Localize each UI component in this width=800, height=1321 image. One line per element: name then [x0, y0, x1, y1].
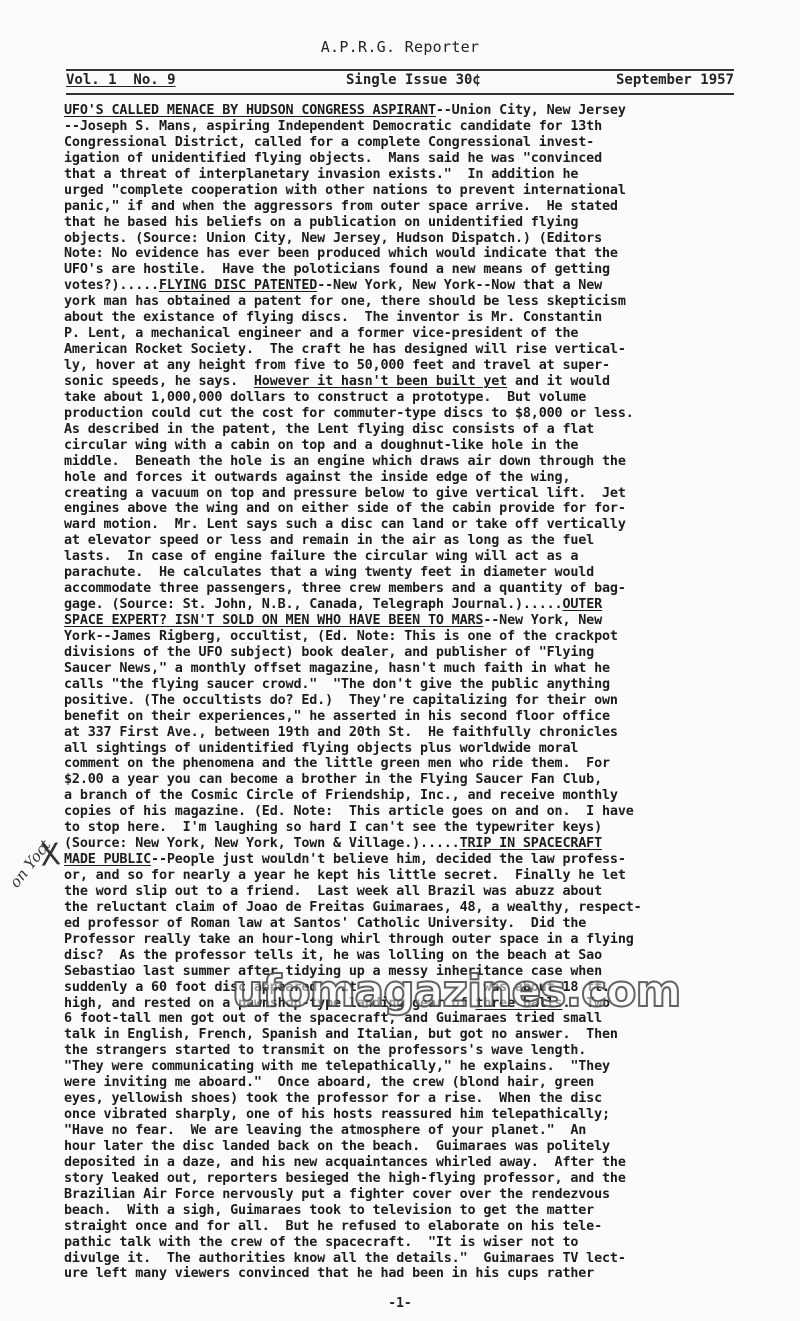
text-run: sonic speeds, he says.: [64, 374, 254, 389]
text-run: york man has obtained a patent for one, …: [64, 294, 626, 309]
header-rule-bottom: [66, 93, 734, 95]
article-line: panic," if and when the aggressors from …: [64, 199, 764, 215]
text-run: disc? As the professor tells it, he was …: [64, 948, 602, 963]
text-run: Brazilian Air Force nervously put a figh…: [64, 1187, 610, 1202]
text-run: objects. (Source: Union City, New Jersey…: [64, 231, 602, 246]
article-line: Brazilian Air Force nervously put a figh…: [64, 1187, 764, 1203]
article-body: UFO'S CALLED MENACE BY HUDSON CONGRESS A…: [64, 103, 764, 1282]
article-line: talk in English, French, Spanish and Ita…: [64, 1027, 764, 1043]
article-line: all sightings of unidentified flying obj…: [64, 741, 764, 757]
text-run: ed professor of Roman law at Santos' Cat…: [64, 916, 586, 931]
text-run: story leaked out, reporters besieged the…: [64, 1171, 626, 1186]
text-run: the reluctant claim of Joao de Freitas G…: [64, 900, 642, 915]
article-line: accommodate three passengers, three crew…: [64, 581, 764, 597]
text-run: divulge it. The authorities know all the…: [64, 1251, 626, 1266]
article-line: that he based his beliefs on a publicati…: [64, 215, 764, 231]
text-run: UFO's are hostile. Have the poloticians …: [64, 262, 610, 277]
text-run: hole and forces it outwards against the …: [64, 470, 570, 485]
headline: FLYING DISC PATENTED: [159, 278, 317, 293]
article-line: the word slip out to a friend. Last week…: [64, 884, 764, 900]
article-line: suddenly a 60 foot disc appeared. It was…: [64, 980, 764, 996]
article-line: straight once and for all. But he refuse…: [64, 1219, 764, 1235]
volume-number: Vol. 1 No. 9: [66, 72, 176, 88]
article-line: lasts. In case of engine failure the cir…: [64, 549, 764, 565]
text-run: about the existance of flying discs. The…: [64, 310, 602, 325]
text-run: to stop here. I'm laughing so hard I can…: [64, 820, 602, 835]
article-line: take about 1,000,000 dollars to construc…: [64, 390, 764, 406]
article-line: ed professor of Roman law at Santos' Cat…: [64, 916, 764, 932]
masthead-title: A.P.R.G. Reporter: [0, 38, 800, 56]
text-run: high, and rested on a pawnshop-type land…: [64, 996, 475, 1011]
text-run: gage. (Source: St. John, N.B., Canada, T…: [64, 597, 562, 612]
article-line: ly, hover at any height from five to 50,…: [64, 358, 764, 374]
text-run: talk in English, French, Spanish and Ita…: [64, 1027, 618, 1042]
article-line: calls "the flying saucer crowd." "The do…: [64, 677, 764, 693]
article-line: sonic speeds, he says. However it hasn't…: [64, 374, 764, 390]
headline: MADE PUBLIC: [64, 852, 151, 867]
headline: three balls: [475, 996, 562, 1011]
text-run: eyes, yellowish shoes) took the professo…: [64, 1091, 602, 1106]
text-run: that he based his beliefs on a publicati…: [64, 215, 578, 230]
article-line: 6 foot-tall men got out of the spacecraf…: [64, 1011, 764, 1027]
header-rule-top: [66, 69, 734, 71]
text-run: --New York, New York--Now that a New: [317, 278, 602, 293]
text-run: take about 1,000,000 dollars to construc…: [64, 390, 586, 405]
article-line: the reluctant claim of Joao de Freitas G…: [64, 900, 764, 916]
text-run: ly, hover at any height from five to 50,…: [64, 358, 610, 373]
article-line: Saucer News," a monthly offset magazine,…: [64, 661, 764, 677]
text-run: circular wing with a cabin on top and a …: [64, 438, 578, 453]
article-line: engines above the wing and on either sid…: [64, 501, 764, 517]
headline: UFO'S CALLED MENACE BY HUDSON CONGRESS A…: [64, 103, 436, 118]
issue-date: September 1957: [616, 72, 734, 88]
article-line: (Source: New York, New York, Town & Vill…: [64, 836, 764, 852]
text-run: divisions of the UFO subject) book deale…: [64, 645, 594, 660]
text-run: calls "the flying saucer crowd." "The do…: [64, 677, 610, 692]
text-run: Saucer News," a monthly offset magazine,…: [64, 661, 610, 676]
headline: However it hasn't been built yet: [254, 374, 507, 389]
article-line: pathic talk with the crew of the spacecr…: [64, 1235, 764, 1251]
text-run: lasts. In case of engine failure the cir…: [64, 549, 578, 564]
text-run: at 337 First Ave., between 19th and 20th…: [64, 725, 618, 740]
article-line: Professor really take an hour-long whirl…: [64, 932, 764, 948]
article-line: once vibrated sharply, one of his hosts …: [64, 1107, 764, 1123]
text-run: Sebastiao last summer after tidying up a…: [64, 964, 602, 979]
article-line: eyes, yellowish shoes) took the professo…: [64, 1091, 764, 1107]
article-line: urged "complete cooperation with other n…: [64, 183, 764, 199]
text-run: a branch of the Cosmic Circle of Friends…: [64, 788, 618, 803]
text-run: hour later the disc landed back on the b…: [64, 1139, 610, 1154]
article-line: at 337 First Ave., between 19th and 20th…: [64, 725, 764, 741]
article-line: middle. Beneath the hole is an engine wh…: [64, 454, 764, 470]
text-run: --People just wouldn't believe him, deci…: [151, 852, 626, 867]
article-line: at elevator speed or less and remain in …: [64, 533, 764, 549]
article-line: "Have no fear. We are leaving the atmosp…: [64, 1123, 764, 1139]
article-line: Congressional District, called for a com…: [64, 135, 764, 151]
article-line: gage. (Source: St. John, N.B., Canada, T…: [64, 597, 764, 613]
text-run: accommodate three passengers, three crew…: [64, 581, 626, 596]
headline: OUTER: [562, 597, 602, 612]
text-run: straight once and for all. But he refuse…: [64, 1219, 602, 1234]
text-run: --Union City, New Jersey: [436, 103, 626, 118]
article-line: high, and rested on a pawnshop-type land…: [64, 996, 764, 1012]
article-line: about the existance of flying discs. The…: [64, 310, 764, 326]
article-line: hour later the disc landed back on the b…: [64, 1139, 764, 1155]
text-run: the strangers started to transmit on the…: [64, 1043, 586, 1058]
article-line: American Rocket Society. The craft he ha…: [64, 342, 764, 358]
article-line: copies of his magazine. (Ed. Note: This …: [64, 804, 764, 820]
article-line: As described in the patent, the Lent fly…: [64, 422, 764, 438]
article-line: york man has obtained a patent for one, …: [64, 294, 764, 310]
article-line: circular wing with a cabin on top and a …: [64, 438, 764, 454]
article-line: the strangers started to transmit on the…: [64, 1043, 764, 1059]
article-line: disc? As the professor tells it, he was …: [64, 948, 764, 964]
article-line: creating a vacuum on top and pressure be…: [64, 486, 764, 502]
text-run: middle. Beneath the hole is an engine wh…: [64, 454, 626, 469]
text-run: (Source: New York, New York, Town & Vill…: [64, 836, 460, 851]
text-run: beach. With a sigh, Guimaraes took to te…: [64, 1203, 594, 1218]
article-line: Note: No evidence has ever been produced…: [64, 246, 764, 262]
article-line: that a threat of interplanetary invasion…: [64, 167, 764, 183]
text-run: York--James Rigberg, occultist, (Ed. Not…: [64, 629, 618, 644]
article-line: divulge it. The authorities know all the…: [64, 1251, 764, 1267]
text-run: and it would: [507, 374, 610, 389]
text-run: production could cut the cost for commut…: [64, 406, 634, 421]
article-line: York--James Rigberg, occultist, (Ed. Not…: [64, 629, 764, 645]
text-run: parachute. He calculates that a wing twe…: [64, 565, 594, 580]
text-run: copies of his magazine. (Ed. Note: This …: [64, 804, 634, 819]
text-run: once vibrated sharply, one of his hosts …: [64, 1107, 610, 1122]
text-run: P. Lent, a mechanical engineer and a for…: [64, 326, 578, 341]
article-line: $2.00 a year you can become a brother in…: [64, 772, 764, 788]
article-line: production could cut the cost for commut…: [64, 406, 764, 422]
article-line: or, and so for nearly a year he kept his…: [64, 868, 764, 884]
article-line: --Joseph S. Mans, aspiring Independent D…: [64, 119, 764, 135]
text-run: deposited in a daze, and his new acquain…: [64, 1155, 626, 1170]
text-run: that a threat of interplanetary invasion…: [64, 167, 578, 182]
article-line: ure left many viewers convinced that he …: [64, 1266, 764, 1282]
article-line: MADE PUBLIC--People just wouldn't believ…: [64, 852, 764, 868]
article-line: votes?).....FLYING DISC PATENTED--New Yo…: [64, 278, 764, 294]
text-run: panic," if and when the aggressors from …: [64, 199, 618, 214]
article-line: a branch of the Cosmic Circle of Friends…: [64, 788, 764, 804]
text-run: --New York, New: [483, 613, 602, 628]
text-run: Congressional District, called for a com…: [64, 135, 594, 150]
text-run: Professor really take an hour-long whirl…: [64, 932, 634, 947]
article-line: UFO'S CALLED MENACE BY HUDSON CONGRESS A…: [64, 103, 764, 119]
text-run: were inviting me aboard." Once aboard, t…: [64, 1075, 594, 1090]
page-number: -1-: [0, 1296, 800, 1311]
text-run: As described in the patent, the Lent fly…: [64, 422, 594, 437]
article-line: parachute. He calculates that a wing twe…: [64, 565, 764, 581]
text-run: the word slip out to a friend. Last week…: [64, 884, 602, 899]
article-line: ward motion. Mr. Lent says such a disc c…: [64, 517, 764, 533]
text-run: American Rocket Society. The craft he ha…: [64, 342, 626, 357]
text-run: Note: No evidence has ever been produced…: [64, 246, 618, 261]
text-run: creating a vacuum on top and pressure be…: [64, 486, 626, 501]
text-run: igation of unidentified flying objects. …: [64, 151, 602, 166]
headline: SPACE EXPERT? ISN'T SOLD ON MEN WHO HAVE…: [64, 613, 483, 628]
text-run: benefit on their experiences," he assert…: [64, 709, 610, 724]
text-run: . Two: [562, 996, 609, 1011]
text-run: "Have no fear. We are leaving the atmosp…: [64, 1123, 586, 1138]
article-line: UFO's are hostile. Have the poloticians …: [64, 262, 764, 278]
text-run: at elevator speed or less and remain in …: [64, 533, 594, 548]
article-line: to stop here. I'm laughing so hard I can…: [64, 820, 764, 836]
text-run: pathic talk with the crew of the spacecr…: [64, 1235, 578, 1250]
article-line: Sebastiao last summer after tidying up a…: [64, 964, 764, 980]
text-run: urged "complete cooperation with other n…: [64, 183, 626, 198]
text-run: $2.00 a year you can become a brother in…: [64, 772, 602, 787]
text-run: "They were communicating with me telepat…: [64, 1059, 610, 1074]
text-run: --Joseph S. Mans, aspiring Independent D…: [64, 119, 602, 134]
text-run: engines above the wing and on either sid…: [64, 501, 626, 516]
article-line: positive. (The occultists do? Ed.) They'…: [64, 693, 764, 709]
article-line: igation of unidentified flying objects. …: [64, 151, 764, 167]
issue-price: Single Issue 30¢: [346, 72, 481, 88]
text-run: 6 foot-tall men got out of the spacecraf…: [64, 1011, 602, 1026]
text-run: comment on the phenomena and the little …: [64, 756, 610, 771]
text-run: or, and so for nearly a year he kept his…: [64, 868, 626, 883]
article-line: were inviting me aboard." Once aboard, t…: [64, 1075, 764, 1091]
article-line: comment on the phenomena and the little …: [64, 756, 764, 772]
text-run: positive. (The occultists do? Ed.) They'…: [64, 693, 618, 708]
article-line: P. Lent, a mechanical engineer and a for…: [64, 326, 764, 342]
article-line: deposited in a daze, and his new acquain…: [64, 1155, 764, 1171]
article-line: SPACE EXPERT? ISN'T SOLD ON MEN WHO HAVE…: [64, 613, 764, 629]
article-line: hole and forces it outwards against the …: [64, 470, 764, 486]
headline: TRIP IN SPACECRAFT: [460, 836, 602, 851]
article-line: "They were communicating with me telepat…: [64, 1059, 764, 1075]
issue-info-bar: Vol. 1 No. 9 Single Issue 30¢ September …: [66, 72, 734, 92]
text-run: votes?).....: [64, 278, 159, 293]
text-run: ure left many viewers convinced that he …: [64, 1266, 594, 1281]
article-line: divisions of the UFO subject) book deale…: [64, 645, 764, 661]
text-run: all sightings of unidentified flying obj…: [64, 741, 578, 756]
text-run: ward motion. Mr. Lent says such a disc c…: [64, 517, 626, 532]
article-line: story leaked out, reporters besieged the…: [64, 1171, 764, 1187]
article-line: beach. With a sigh, Guimaraes took to te…: [64, 1203, 764, 1219]
article-line: benefit on their experiences," he assert…: [64, 709, 764, 725]
article-line: objects. (Source: Union City, New Jersey…: [64, 231, 764, 247]
text-run: suddenly a 60 foot disc appeared. It was…: [64, 980, 610, 995]
